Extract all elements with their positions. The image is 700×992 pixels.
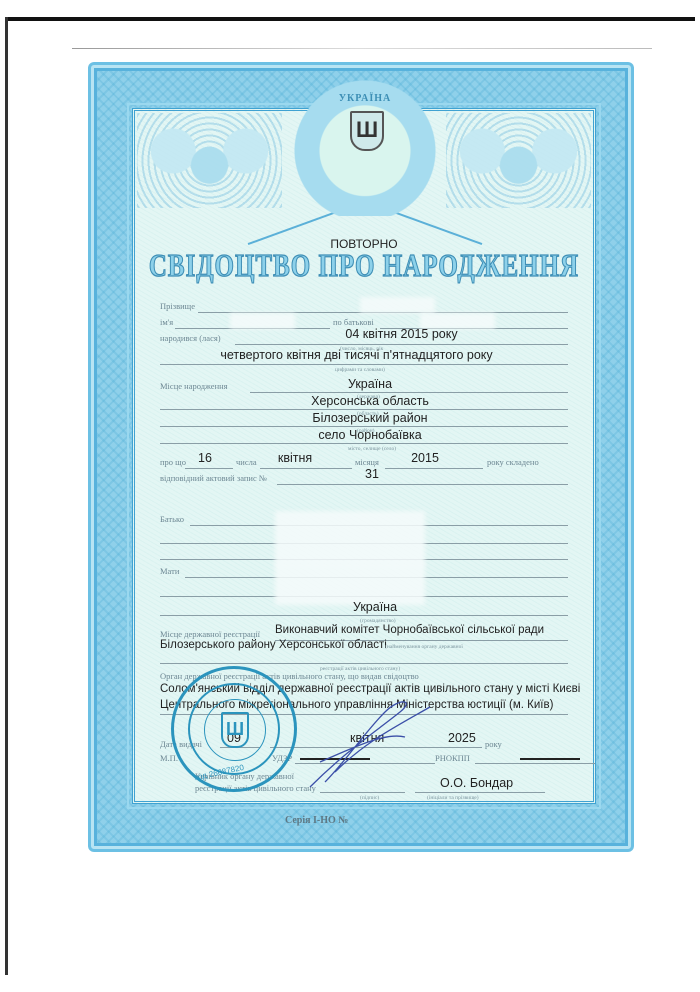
official-name-line — [415, 792, 545, 793]
birth-city-line — [160, 443, 568, 444]
registration-place-label: Місце державної реєстрації — [160, 629, 260, 639]
birth-region-line — [160, 409, 568, 410]
surname-label: Прізвище — [160, 301, 195, 311]
series-label: Серія І-НО № — [285, 815, 348, 826]
birth-city: село Чорнобаївка — [160, 428, 580, 442]
ornament-right-icon — [446, 113, 591, 208]
birth-country-line — [250, 392, 568, 393]
registration-caption-1: (найменування органу державної — [385, 644, 463, 650]
scan-edge-top — [5, 17, 695, 21]
issue-year: 2025 — [448, 731, 476, 745]
mother-label: Мати — [160, 566, 179, 576]
father-label: Батько — [160, 514, 184, 524]
scan-artifact-line — [72, 48, 652, 49]
seal-label: М.П. — [160, 753, 178, 763]
birth-certificate: УКРАЇНА Ш ПОВТОРНО СВІДОЦТВО ПРО НАРОДЖЕ… — [88, 62, 634, 852]
born-label: народився (лася) — [160, 333, 221, 343]
born-line — [235, 344, 568, 345]
name-label: ім'я — [160, 317, 173, 327]
stamp-code: код 26087820 — [194, 763, 245, 782]
coat-of-arms-area: УКРАЇНА Ш — [285, 71, 445, 216]
citizenship: Україна — [160, 600, 590, 614]
year-word-label: року складено — [487, 457, 539, 467]
trident-shield-icon: Ш — [350, 111, 384, 151]
ornament-left-icon — [137, 113, 282, 208]
about-which-label: про що — [160, 457, 186, 467]
country-label: УКРАЇНА — [285, 93, 445, 104]
rnokpp-label: РНОКПП — [435, 753, 470, 763]
document-title: СВІДОЦТВО ПРО НАРОДЖЕННЯ — [135, 250, 593, 285]
issue-year-line — [440, 747, 482, 748]
rnokpp-line — [475, 763, 595, 764]
scan-edge-left — [5, 17, 8, 975]
redacted-mother — [275, 563, 425, 605]
birth-region: Херсонська область — [160, 394, 580, 408]
redacted-surname — [360, 297, 435, 313]
record-year: 2015 — [385, 451, 465, 465]
stamp-trident-icon: Ш — [221, 712, 249, 748]
official-stamp: Ш код 26087820 — [171, 666, 297, 792]
record-month: квітня — [260, 451, 330, 465]
place-of-birth-label: Місце народження — [160, 381, 228, 391]
record-day: 16 — [185, 451, 225, 465]
record-number-label: відповідний актовий запис № — [160, 473, 267, 483]
patronymic-label: по батькові — [333, 317, 374, 327]
signature-caption: (підпис) — [360, 795, 379, 801]
month-word-label: місяця — [355, 457, 379, 467]
record-number-line — [277, 484, 568, 485]
words-caption: цифрами та словами) — [335, 367, 385, 373]
initials-caption: (ініціали та прізвище) — [427, 795, 479, 801]
birth-date-words: четвертого квітня дві тисячі п'ятнадцято… — [145, 348, 568, 362]
birth-district-line — [160, 426, 568, 427]
birth-country: Україна — [250, 377, 490, 391]
birth-date-digits: 04 квітня 2015 року — [235, 327, 568, 341]
registration-place-2: Білозерського району Херсонської області — [160, 639, 387, 651]
birth-district: Білозерський район — [160, 411, 580, 425]
registration-line-2 — [160, 663, 568, 664]
record-day-line — [185, 468, 233, 469]
year-suffix-label: року — [485, 739, 502, 749]
birth-words-line — [160, 364, 568, 365]
signature-icon — [305, 692, 435, 792]
rnokpp-dash — [520, 758, 580, 760]
day-word-label: числа — [236, 457, 257, 467]
record-number: 31 — [277, 467, 467, 481]
citizenship-line — [160, 615, 568, 616]
signature-line — [320, 792, 405, 793]
redacted-father — [275, 511, 425, 566]
official-name: О.О. Бондар — [440, 776, 513, 790]
registration-place-1: Виконавчий комітет Чорнобаївської сільсь… — [275, 624, 544, 636]
